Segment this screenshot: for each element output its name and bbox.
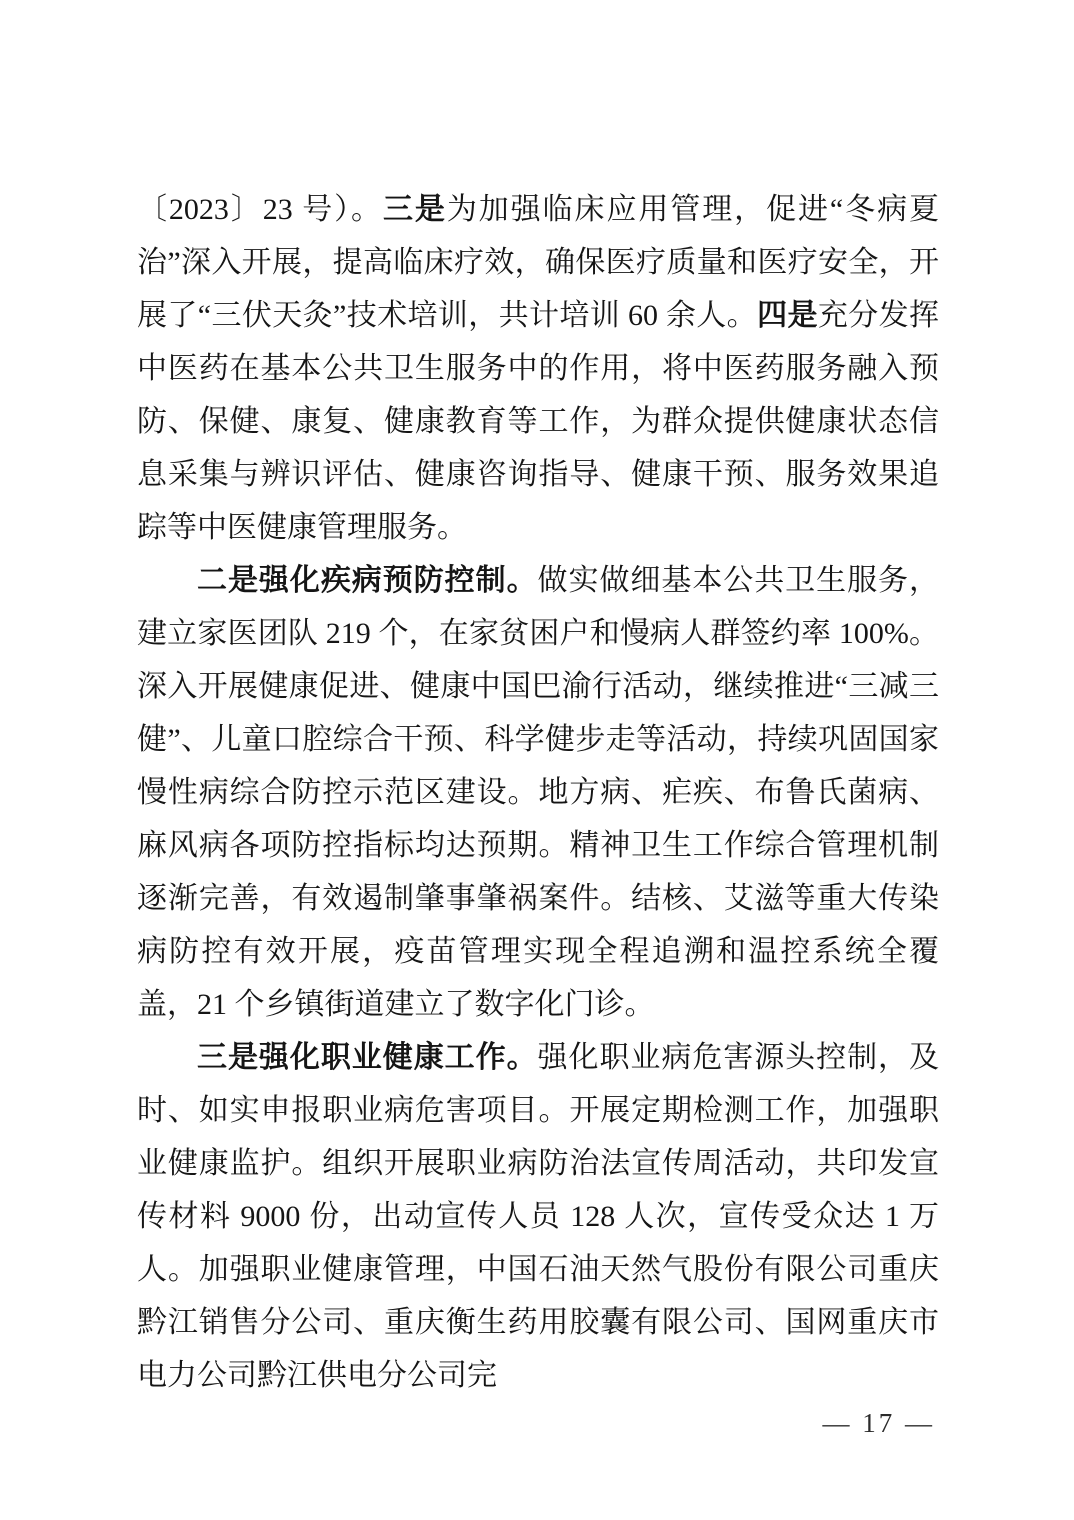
bold-run: 三是 — [383, 193, 447, 226]
paragraph: 〔2023〕23 号）。三是为加强临床应用管理，促进“冬病夏治”深入开展，提高临… — [137, 183, 939, 554]
bold-run: 四是 — [757, 299, 818, 332]
bold-run: 二是强化疾病预防控制。 — [197, 564, 538, 597]
paragraph: 二是强化疾病预防控制。做实做细基本公共卫生服务，建立家医团队 219 个，在家贫… — [137, 554, 939, 1031]
text-run: 〔2023〕23 号）。 — [137, 193, 383, 226]
text-run: 充分发挥中医药在基本公共卫生服务中的作用，将中医药服务融入预防、保健、康复、健康… — [137, 299, 939, 544]
bold-run: 三是强化职业健康工作。 — [197, 1041, 538, 1074]
page-number: — 17 — — [823, 1406, 936, 1440]
text-block: 〔2023〕23 号）。三是为加强临床应用管理，促进“冬病夏治”深入开展，提高临… — [137, 183, 939, 1402]
document-page: 〔2023〕23 号）。三是为加强临床应用管理，促进“冬病夏治”深入开展，提高临… — [0, 0, 1074, 1520]
text-run: 强化职业病危害源头控制，及时、如实申报职业病危害项目。开展定期检测工作，加强职业… — [137, 1041, 939, 1392]
text-run: 做实做细基本公共卫生服务，建立家医团队 219 个，在家贫困户和慢病人群签约率 … — [137, 564, 939, 1021]
paragraph: 三是强化职业健康工作。强化职业病危害源头控制，及时、如实申报职业病危害项目。开展… — [137, 1031, 939, 1402]
